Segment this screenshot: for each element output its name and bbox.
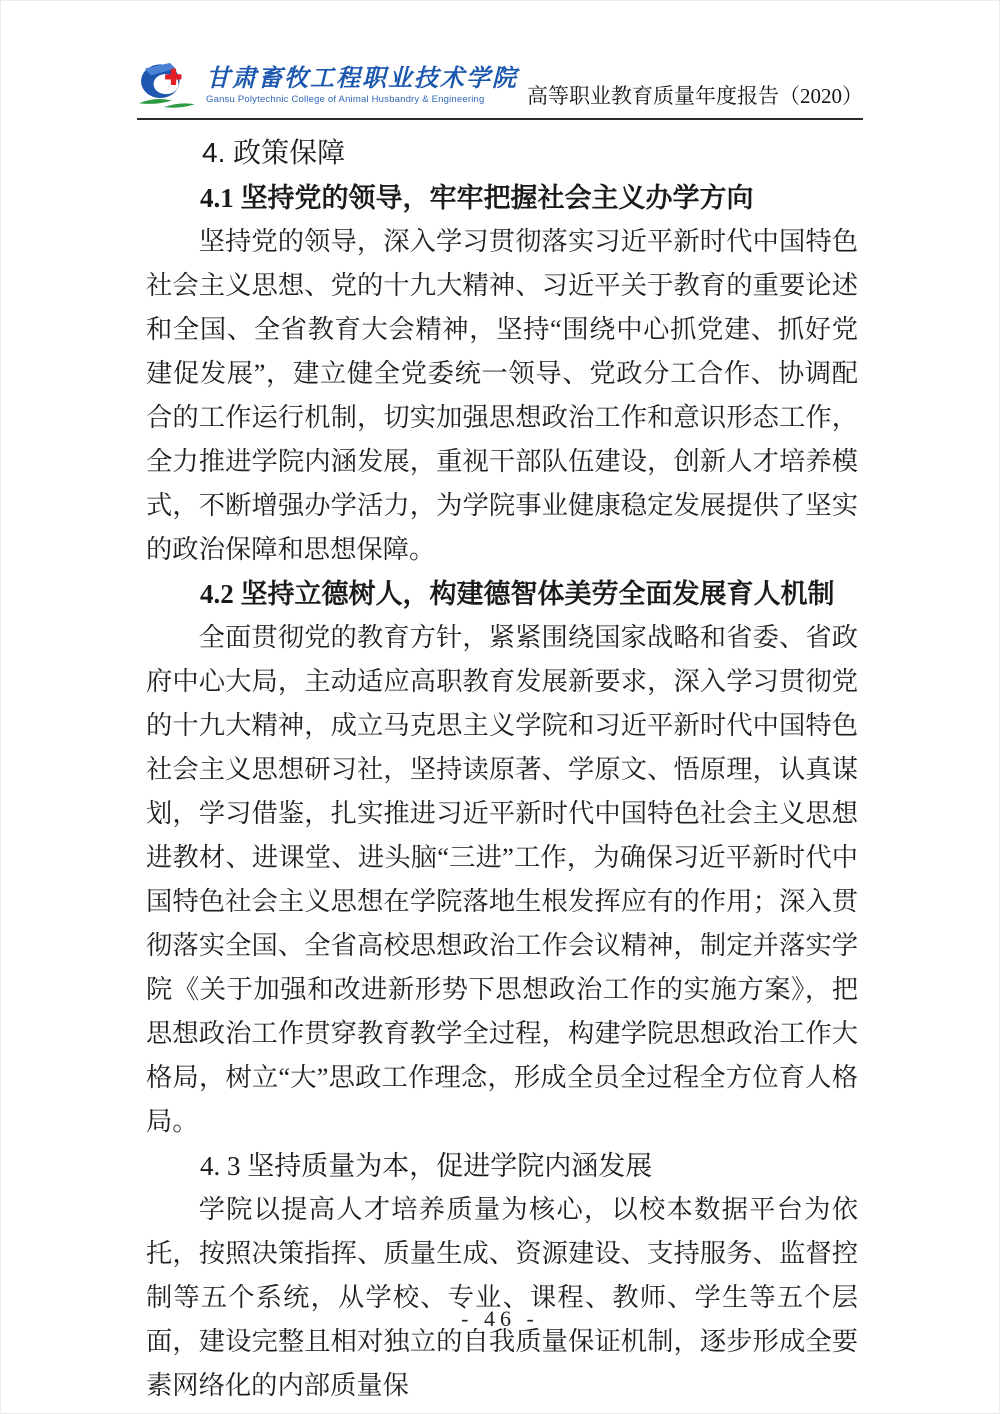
page-number: - 46 - <box>461 1306 539 1331</box>
page-footer: - 46 - <box>0 1306 1000 1332</box>
report-title: 高等职业教育质量年度报告（2020） <box>527 80 863 112</box>
college-logo-group: 甘肃畜牧工程职业技术学院 Gansu Polytechnic College o… <box>137 60 518 112</box>
logo-grass-icon <box>139 99 172 104</box>
paragraph-4-2: 全面贯彻党的教育方针，紧紧围绕国家战略和省委、省政府中心大局，主动适应高职教育发… <box>146 616 858 1144</box>
college-names: 甘肃畜牧工程职业技术学院 Gansu Polytechnic College o… <box>206 66 518 106</box>
subsection-heading-4-3: 4. 3 坚持质量为本，促进学院内涵发展 <box>146 1144 858 1188</box>
paragraph-4-3: 学院以提高人才培养质量为核心，以校本数据平台为依托，按照决策指挥、质量生成、资源… <box>146 1188 858 1408</box>
subsection-heading-4-2: 4.2 坚持立德树人，构建德智体美劳全面发展育人机制 <box>146 572 858 616</box>
college-logo-icon <box>137 60 199 112</box>
college-name-en: Gansu Polytechnic College of Animal Husb… <box>206 95 518 105</box>
section-heading: 4. 政策保障 <box>146 130 858 176</box>
document-content: 4. 政策保障 4.1 坚持党的领导，牢牢把握社会主义办学方向 坚持党的领导，深… <box>146 130 858 1408</box>
subsection-heading-4-1: 4.1 坚持党的领导，牢牢把握社会主义办学方向 <box>146 176 858 220</box>
document-page: 甘肃畜牧工程职业技术学院 Gansu Polytechnic College o… <box>0 0 1000 1414</box>
page-header: 甘肃畜牧工程职业技术学院 Gansu Polytechnic College o… <box>137 56 863 120</box>
college-name-cn: 甘肃畜牧工程职业技术学院 <box>206 66 518 92</box>
paragraph-4-1: 坚持党的领导，深入学习贯彻落实习近平新时代中国特色社会主义思想、党的十九大精神、… <box>146 220 858 572</box>
